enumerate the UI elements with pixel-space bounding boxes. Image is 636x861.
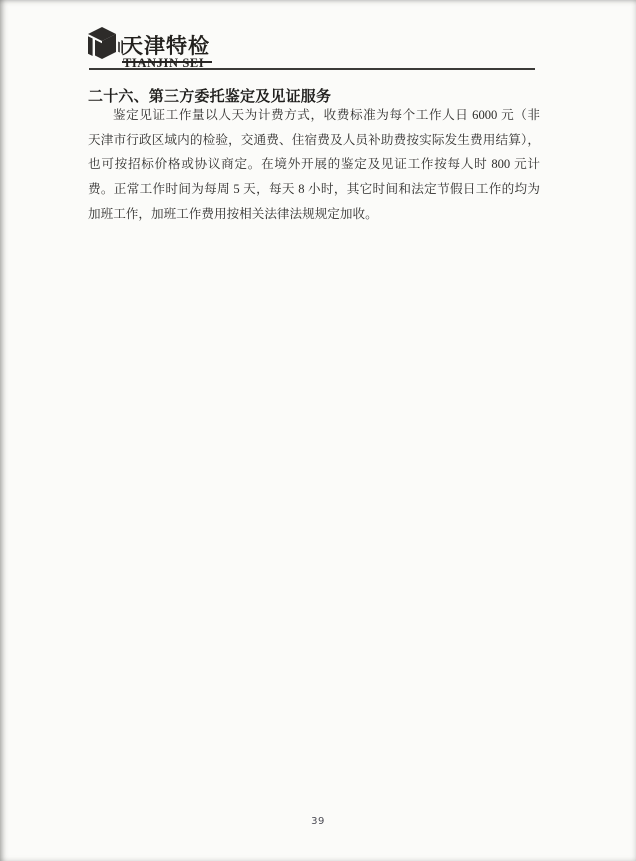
paragraph-line: 费。正常工作时间为每周 5 天，每天 8 小时，其它时间和法定节假日工作的均为 [88, 177, 540, 202]
body-paragraph: 鉴定见证工作量以人天为计费方式，收费标准为每个工作人日 6000 元（非 天津市… [88, 103, 540, 227]
paragraph-line: 加班工作，加班工作费用按相关法律法规规定加收。 [88, 202, 540, 227]
header-divider-rule [89, 68, 535, 70]
paragraph-line: 鉴定见证工作量以人天为计费方式，收费标准为每个工作人日 6000 元（非 [88, 103, 540, 128]
paragraph-line: 也可按招标价格或协议商定。在境外开展的鉴定及见证工作按每人时 800 元计 [88, 152, 540, 177]
page-number: 39 [0, 816, 636, 827]
scanned-document-page: 天津特检 TIANJIN SEI 二十六、第三方委托鉴定及见证服务 鉴定见证工作… [0, 0, 636, 861]
paragraph-line: 天津市行政区域内的检验，交通费、住宿费及人员补助费按实际发生费用结算）， [88, 128, 540, 153]
tianjin-sei-logo-icon [88, 27, 124, 65]
